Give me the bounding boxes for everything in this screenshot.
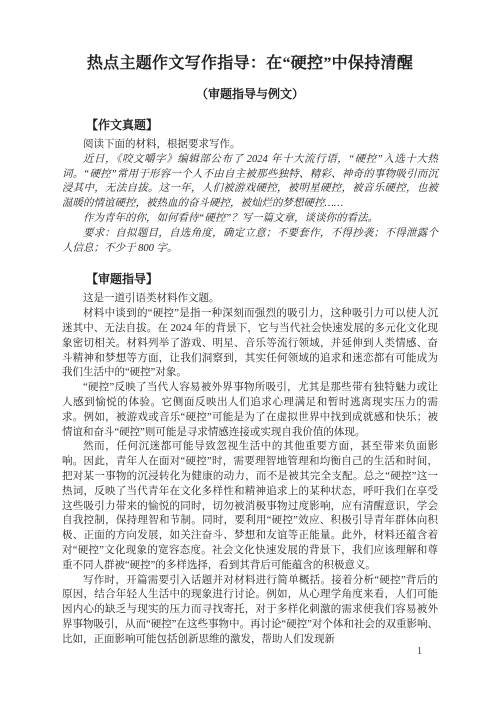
paragraph-analysis-definition: 材料中谈到的“硬控”是指一种深刻而强烈的吸引力，这种吸引力可以使人沉迷其中、无法…: [62, 307, 438, 381]
paragraph-prompt-task: 作为青年的你，如何看待“硬控”？写一篇文章，谈谈你的看法。: [62, 212, 438, 227]
paragraph-prompt-requirements: 要求：自拟题目，自选角度，确定立意；不要套作，不得抄袭；不得泄露个人信息；不少于…: [62, 227, 438, 257]
page-subtitle: （审题指导与例文）: [62, 87, 438, 102]
paragraph-analysis-balance: 然而，任何沉迷都可能导致忽视生活中的其他重要方面，甚至带来负面影响。因此，青年人…: [62, 440, 438, 573]
section-heading-essay-prompt: 【作文真题】: [62, 118, 438, 133]
paragraph-analysis-type: 这是一道引语类材料作文题。: [62, 292, 438, 307]
page-title: 热点主题作文写作指导：在“硬控”中保持清醒: [62, 53, 438, 74]
paragraph-analysis-writing-advice: 写作时，开篇需要引入话题并对材料进行简单概括。接着分析“硬控”背后的原因，结合年…: [62, 574, 438, 648]
page-number: 1: [417, 645, 422, 658]
paragraph-prompt-material: 近日，《咬文嚼字》编辑部公布了 2024 年十大流行语，“硬控”入选十大热词。“…: [62, 153, 438, 212]
paragraph-prompt-intro: 阅读下面的材料，根据要求写作。: [62, 138, 438, 153]
document-page: 热点主题作文写作指导：在“硬控”中保持清醒 （审题指导与例文） 【作文真题】 阅…: [0, 0, 500, 707]
section-heading-topic-analysis: 【审题指导】: [62, 272, 438, 287]
paragraph-analysis-reflection: “硬控”反映了当代人容易被外界事物所吸引，尤其是那些带有独特魅力或让人感到愉悦的…: [62, 381, 438, 440]
